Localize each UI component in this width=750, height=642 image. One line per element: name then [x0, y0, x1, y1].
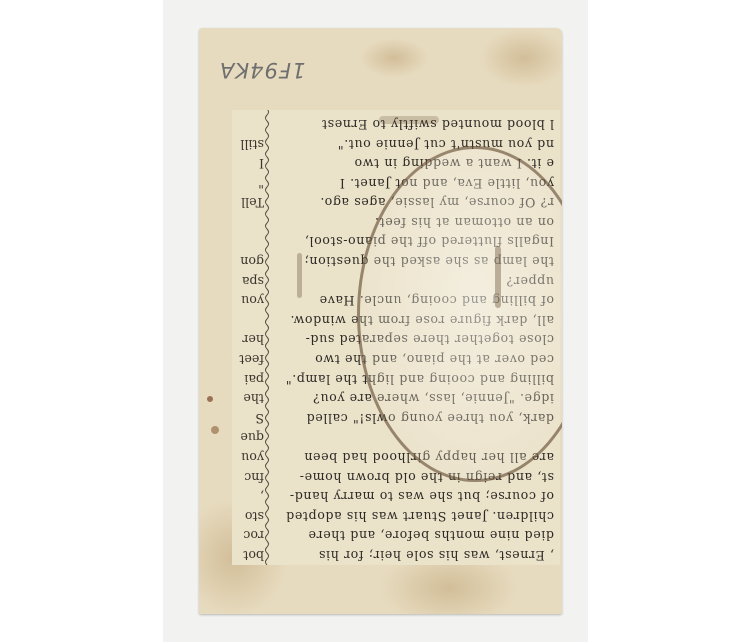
pencil-inventory-number: 1F94KA: [219, 58, 305, 82]
stain-spot: [211, 426, 219, 434]
text-line: roc: [232, 526, 264, 546]
text-line: still: [232, 134, 264, 154]
text-line: feet: [232, 349, 264, 369]
text-line: gon: [232, 252, 264, 272]
text-line: ": [232, 173, 264, 193]
text-line: spa: [232, 271, 264, 291]
text-line: sto: [232, 506, 264, 526]
stain-spot: [207, 396, 213, 402]
text-line: you: [232, 447, 264, 467]
text-line: children. Janet Stuart was his adopted: [270, 506, 554, 526]
text-line: her: [232, 330, 264, 350]
text-line: pai: [232, 369, 264, 389]
age-stain: [479, 28, 562, 88]
text-line: of course; but she was to marry hand-: [270, 487, 554, 507]
text-line: [232, 212, 264, 232]
text-line: you: [232, 291, 264, 311]
text-line: que: [232, 428, 264, 448]
text-line: I: [232, 154, 264, 174]
text-line: ,: [232, 487, 264, 507]
text-line: [232, 310, 264, 330]
side-text-column: botrocsto,fncyouqueSthepaifeetheryouspag…: [232, 110, 264, 565]
text-line: nd you mustn't cut Jennie out.": [270, 134, 554, 154]
age-stain: [359, 38, 429, 78]
text-line: bot: [232, 545, 264, 565]
wavy-column-rule: [264, 110, 270, 565]
text-line: S: [232, 408, 264, 428]
text-line: Tell: [232, 193, 264, 213]
antique-card: 1F94KA , Ernest, was his sole heir; for …: [199, 28, 562, 614]
text-line: fnc: [232, 467, 264, 487]
stain-spot: [297, 253, 302, 298]
text-line: [232, 232, 264, 252]
text-line: died nine months before, and there: [270, 526, 554, 546]
stain-spot: [379, 116, 439, 124]
text-line: the: [232, 389, 264, 409]
stain-spot: [495, 246, 501, 308]
text-line: , Ernest, was his sole heir; for his: [270, 545, 554, 565]
text-line: [232, 114, 264, 134]
